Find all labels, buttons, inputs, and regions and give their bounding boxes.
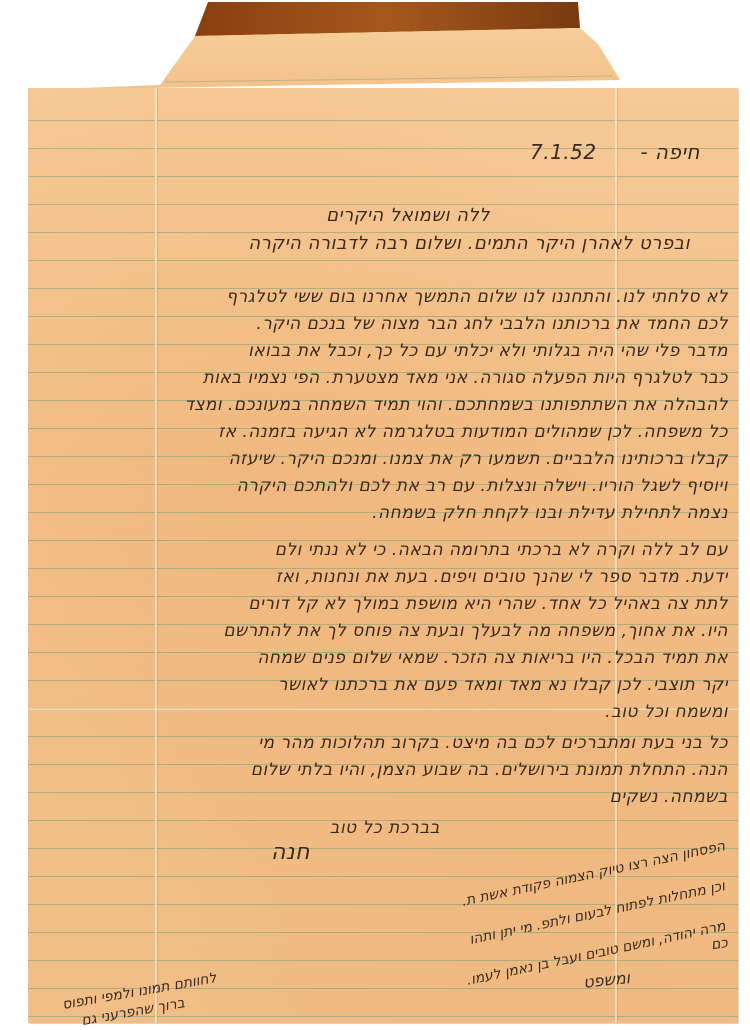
body-line: היו. את אחוך, משפחה מה לבעלך ובעת צה פוח… bbox=[223, 621, 728, 641]
body-line: מדבר פלי שהי היה בגלותי ולא יכלתי עם כל … bbox=[248, 341, 728, 361]
body-line: לכם החמד את ברכותנו הלבבי לחג הבר מצוה ש… bbox=[256, 314, 728, 334]
envelope-flap bbox=[0, 0, 750, 100]
body-line: להבהלה את השתתפותנו בשמחתכם. והוי תמיד ה… bbox=[184, 395, 728, 415]
body-line: יקר תוצבי. לכן קבלו נא מאד ומאד פעם את ב… bbox=[278, 675, 728, 695]
body-line: ידעת. מדבר ספר לי שהנך טובים ויפים. בעת … bbox=[276, 567, 728, 587]
postscript-line: כם bbox=[710, 935, 729, 953]
body-line: כל משפחה. לכן שמהולים המודעות בטלגרמה לא… bbox=[218, 422, 728, 442]
envelope-flap-shape bbox=[0, 0, 750, 100]
body-line: עם לב ללה וקרה לא ברכתי בתרומה הבאה. כי … bbox=[275, 540, 728, 560]
body-line: את תמיד הבכל. היו בריאות צה הזכר. שמאי ש… bbox=[257, 648, 728, 668]
body-line: קבלו ברכותינו הלבביים. תשמעו רק את צמנו.… bbox=[229, 449, 728, 469]
letter-date: 7.1.52 bbox=[530, 140, 597, 164]
greeting-line-2: ובפרט לאהרן היקר התמים. ושלום רבה לדבורה… bbox=[248, 233, 690, 254]
signature: חנה bbox=[271, 840, 310, 865]
letter-place: חיפה - bbox=[640, 140, 700, 164]
body-line: כבר לטלגרף היות הפעלה סגורה. אני מאד מצט… bbox=[203, 368, 728, 388]
greeting-line-1: ללה ושמואל היקרים bbox=[326, 205, 490, 226]
body-line: נצמה לתחילת עדילת ובנו לקחת חלק בשמחה. bbox=[372, 503, 728, 523]
body-line: ויוסיף לשגל הוריו. וישלה ונצלות. עם רב א… bbox=[237, 476, 728, 496]
body-line: לתת צה באהיל כל אחד. שהרי היא מושפת במול… bbox=[248, 594, 728, 614]
fold-line-left bbox=[155, 88, 157, 1023]
body-paragraph2-line: בשמחה. נשקים bbox=[610, 787, 728, 807]
body-line: ומשמח וכל טוב. bbox=[605, 702, 728, 722]
body-line: לא סלחתי לנו. והתחננו לנו שלום התמשך אחר… bbox=[226, 287, 728, 307]
body-paragraph2-line: כל בני בעת ומתברכים לכם בה מיצט. בקרוב ת… bbox=[258, 733, 728, 753]
closing-text: בברכת כל טוב bbox=[330, 818, 440, 838]
body-paragraph2-line: הנה. התחלת תמונת בירושלים. בה שבוע הצמן,… bbox=[251, 760, 728, 780]
